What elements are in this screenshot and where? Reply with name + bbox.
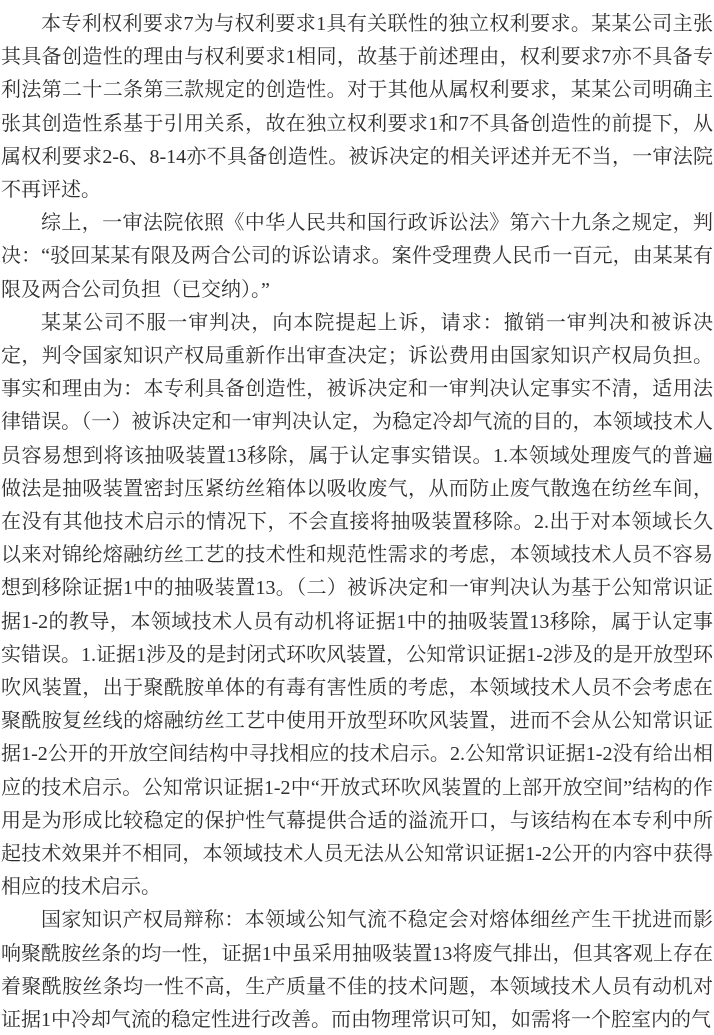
document-page: 本专利权利要求7为与权利要求1具有关联性的独立权利要求。某某公司主张其具备创造性…	[0, 0, 714, 1035]
paragraph-claim7-inventiveness: 本专利权利要求7为与权利要求1具有关联性的独立权利要求。某某公司主张其具备创造性…	[1, 8, 713, 207]
paragraph-first-instance-judgment: 综上，一审法院依照《中华人民共和国行政诉讼法》第六十九条之规定，判决：“驳回某某…	[1, 207, 713, 307]
paragraph-appeal-claims-and-grounds: 某某公司不服一审判决，向本院提起上诉，请求：撤销一审判决和被诉决定，判令国家知识…	[1, 307, 713, 905]
paragraph-cnipa-defense: 国家知识产权局辩称：本领域公知气流不稳定会对熔体细丝产生干扰进而影响聚酰胺丝条的…	[1, 904, 713, 1035]
